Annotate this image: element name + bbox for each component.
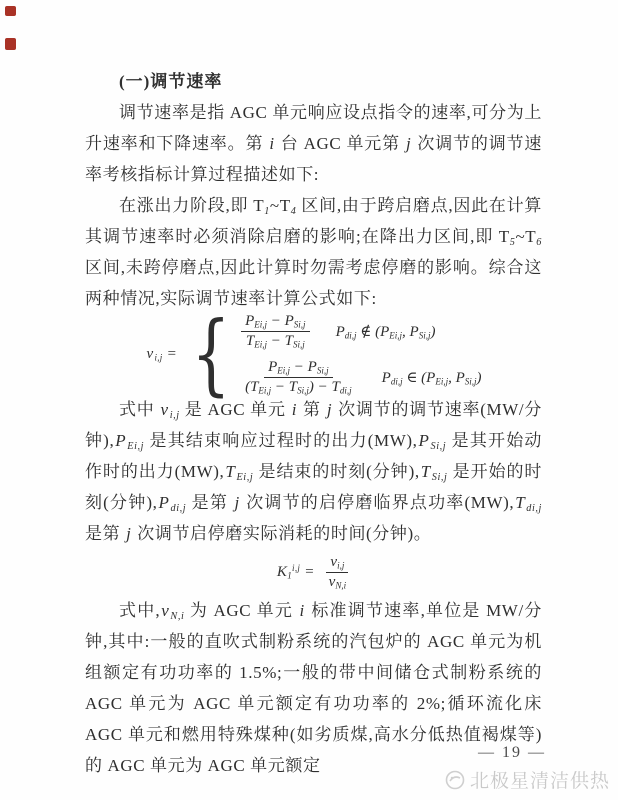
paragraph-intro: 调节速率是指 AGC 单元响应设点指令的速率,可分为上升速率和下降速率。第 i … [85, 97, 542, 190]
denominator: TEi,j − TSi,j [242, 332, 309, 350]
condition-case-2: Pdi,j ∈ (PEi,j, PSi,j) [382, 368, 482, 387]
formula-rate-lhs: vi,j = [145, 346, 177, 363]
left-brace-glyph: { [191, 314, 230, 393]
paragraph-phase: 在涨出力阶段,即 T1~T4 区间,由于跨启磨点,因此在计算其调节速率时必须消除… [85, 190, 542, 314]
red-corner-mark-bottom [5, 38, 16, 50]
document-page: (一)调节速率 调节速率是指 AGC 单元响应设点指令的速率,可分为上升速率和下… [0, 0, 618, 800]
paragraph-where-vn: 式中,vN,i 为 AGC 单元 i 标准调节速率,单位是 MW/分钟,其中:一… [85, 595, 542, 781]
numerator: PEi,j − PSi,j [264, 359, 332, 378]
watermark: 北极星清洁供热 [444, 766, 610, 793]
fraction-case-1: PEi,j − PSi,j TEi,j − TSi,j [241, 313, 309, 350]
formula-rate-cases: PEi,j − PSi,j TEi,j − TSi,j Pdi,j ∉ (PEi… [241, 313, 481, 396]
numerator: vi,j [326, 554, 348, 573]
watermark-text: 北极星清洁供热 [470, 766, 610, 793]
formula-rate-case-1: PEi,j − PSi,j TEi,j − TSi,j Pdi,j ∉ (PEi… [241, 313, 481, 350]
paragraph-where-v: 式中 vi,j 是 AGC 单元 i 第 j 次调节的调节速率(MW/分钟),P… [85, 394, 542, 549]
formula-regulation-rate: vi,j = { PEi,j − PSi,j TEi,j − TSi,j Pdi… [85, 316, 542, 392]
formula-k1-index: K1i,j = vi,j vN,i [85, 551, 542, 593]
page-number: — 19 — [478, 744, 546, 762]
formula-k1-row: K1i,j = vi,j vN,i [277, 554, 350, 591]
section-heading: (一)调节速率 [85, 66, 542, 97]
numerator: PEi,j − PSi,j [241, 313, 309, 332]
denominator: (TEi,j − TSi,j) − Tdi,j [241, 378, 356, 396]
denominator: vN,i [325, 573, 350, 591]
red-corner-mark-top [5, 6, 16, 16]
formula-rate-case-2: PEi,j − PSi,j (TEi,j − TSi,j) − Tdi,j Pd… [241, 359, 481, 396]
fraction-k1: vi,j vN,i [325, 554, 350, 591]
document-content: (一)调节速率 调节速率是指 AGC 单元响应设点指令的速率,可分为上升速率和下… [85, 66, 542, 781]
fraction-case-2: PEi,j − PSi,j (TEi,j − TSi,j) − Tdi,j [241, 359, 356, 396]
condition-case-1: Pdi,j ∉ (PEi,j, PSi,j) [336, 322, 436, 341]
polaris-logo-icon [444, 769, 466, 791]
formula-k1-lhs: K1i,j = [277, 564, 315, 581]
